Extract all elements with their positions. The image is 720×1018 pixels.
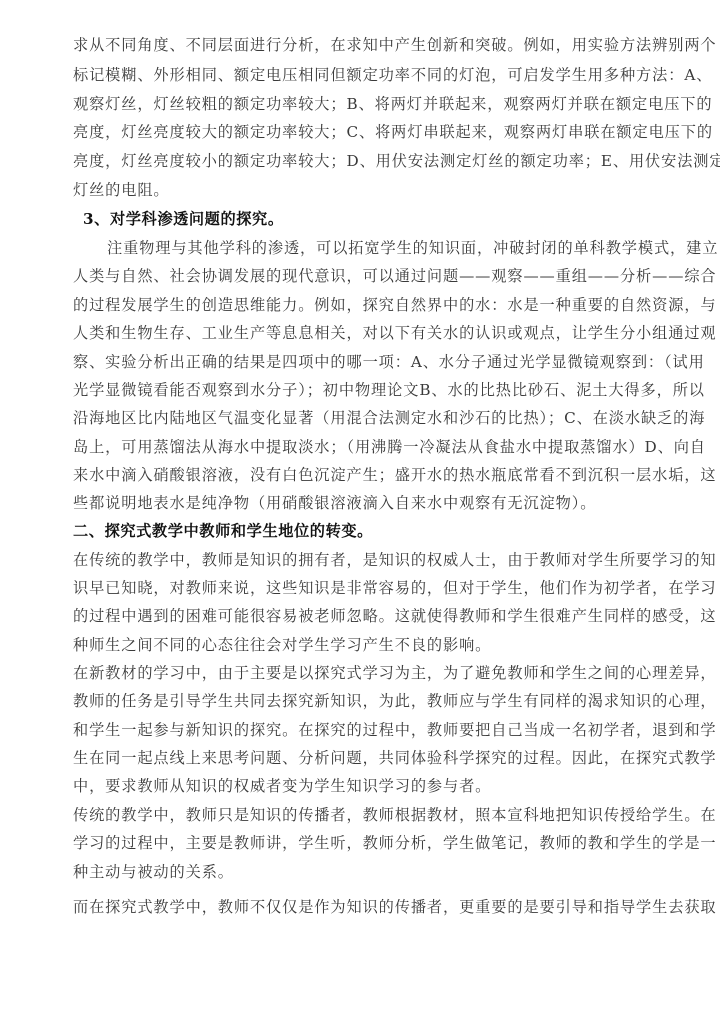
paragraph-line: 传统的教学中，教师只是知识的传播者，教师根据教材，照本宣科地把知识传授给学生。在 — [73, 801, 649, 829]
paragraph-line: 些都说明地表水是纯净物（用硝酸银溶液滴入自来水中观察有无沉淀物）。 — [73, 489, 649, 517]
paragraph-line: 人类与自然、社会协调发展的现代意识，可以通过问题——观察——重组——分析——综合 — [73, 262, 649, 290]
paragraph-line: 人类和生物生存、工业生产等息息相关，对以下有关水的认识或观点，让学生分小组通过观 — [73, 319, 649, 347]
paragraph-line: 沿海地区比内陆地区气温变化显著（用混合法测定水和沙石的比热）；C、在淡水缺乏的海 — [73, 404, 649, 432]
paragraph-line: 种主动与被动的关系。 — [73, 858, 649, 886]
paragraph-line: 识早已知晓，对教师来说，这些知识是非常容易的，但对于学生，他们作为初学者，在学习 — [73, 574, 649, 602]
paragraph-line: 岛上，可用蒸馏法从海水中提取淡水；（用沸腾一冷凝法从食盐水中提取蒸馏水）D、向自 — [73, 433, 649, 461]
section-heading: 二、探究式教学中教师和学生地位的转变。 — [73, 517, 649, 545]
paragraph-line: 学习的过程中，主要是教师讲，学生听，教师分析，学生做笔记，教师的教和学生的学是一 — [73, 829, 649, 857]
paragraph-line: 标记模糊、外形相同、额定电压相同但额定功率不同的灯泡，可启发学生用多种方法：A、 — [73, 61, 649, 89]
paragraph-line: 求从不同角度、不同层面进行分析，在求知中产生创新和突破。例如，用实验方法辨别两个 — [73, 31, 649, 59]
paragraph-line: 观察灯丝，灯丝较粗的额定功率较大；B、将两灯并联起来，观察两灯并联在额定电压下的 — [73, 90, 649, 118]
paragraph-line: 亮度，灯丝亮度较大的额定功率较大；C、将两灯串联起来，观察两灯串联在额定电压下的 — [73, 118, 649, 146]
paragraph-line: 亮度，灯丝亮度较小的额定功率较大；D、用伏安法测定灯丝的额定功率；E、用伏安法测… — [73, 147, 649, 175]
paragraph-line: 察、实验分析出正确的结果是四项中的哪一项：A、水分子通过光学显微镜观察到：（试用 — [73, 348, 649, 376]
paragraph-line: 注重物理与其他学科的渗透，可以拓宽学生的知识面，冲破封闭的单科教学模式，建立 — [73, 234, 649, 262]
paragraph-line: 在传统的教学中，教师是知识的拥有者，是知识的权威人士，由于教师对学生所要学习的知 — [73, 546, 649, 574]
paragraph-line: 和学生一起参与新知识的探究。在探究的过程中，教师要把自己当成一名初学者，退到和学 — [73, 716, 649, 744]
paragraph-line: 中，要求教师从知识的权威者变为学生知识学习的参与者。 — [73, 772, 649, 800]
paragraph-line: 种师生之间不同的心态往往会对学生学习产生不良的影响。 — [73, 631, 649, 659]
paragraph-line: 而在探究式教学中，教师不仅仅是作为知识的传播者，更重要的是要引导和指导学生去获取 — [73, 893, 649, 921]
section-heading: 3、对学科渗透问题的探究。 — [73, 205, 659, 233]
paragraph-line: 生在同一起点线上来思考问题、分析问题，共同体验科学探究的过程。因此，在探究式教学 — [73, 744, 649, 772]
paragraph-line: 教师的任务是引导学生共同去探究新知识，为此，教师应与学生有同样的渴求知识的心理， — [73, 687, 649, 715]
paragraph-line: 光学显微镜看能否观察到水分子）；初中物理论文B、水的比热比砂石、泥土大得多，所以 — [73, 376, 649, 404]
paragraph-line: 灯丝的电阻。 — [73, 176, 649, 204]
paragraph-line: 的过程中遇到的困难可能很容易被老师忽略。这就使得教师和学生很难产生同样的感受，这 — [73, 602, 649, 630]
paragraph-line: 的过程发展学生的创造思维能力。例如，探究自然界中的水：水是一种重要的自然资源，与 — [73, 291, 649, 319]
paragraph-line: 在新教材的学习中，由于主要是以探究式学习为主，为了避免教师和学生之间的心理差异， — [73, 659, 649, 687]
paragraph-line: 来水中滴入硝酸银溶液，没有白色沉淀产生；盛开水的热水瓶底常看不到沉积一层水垢，这 — [73, 461, 649, 489]
